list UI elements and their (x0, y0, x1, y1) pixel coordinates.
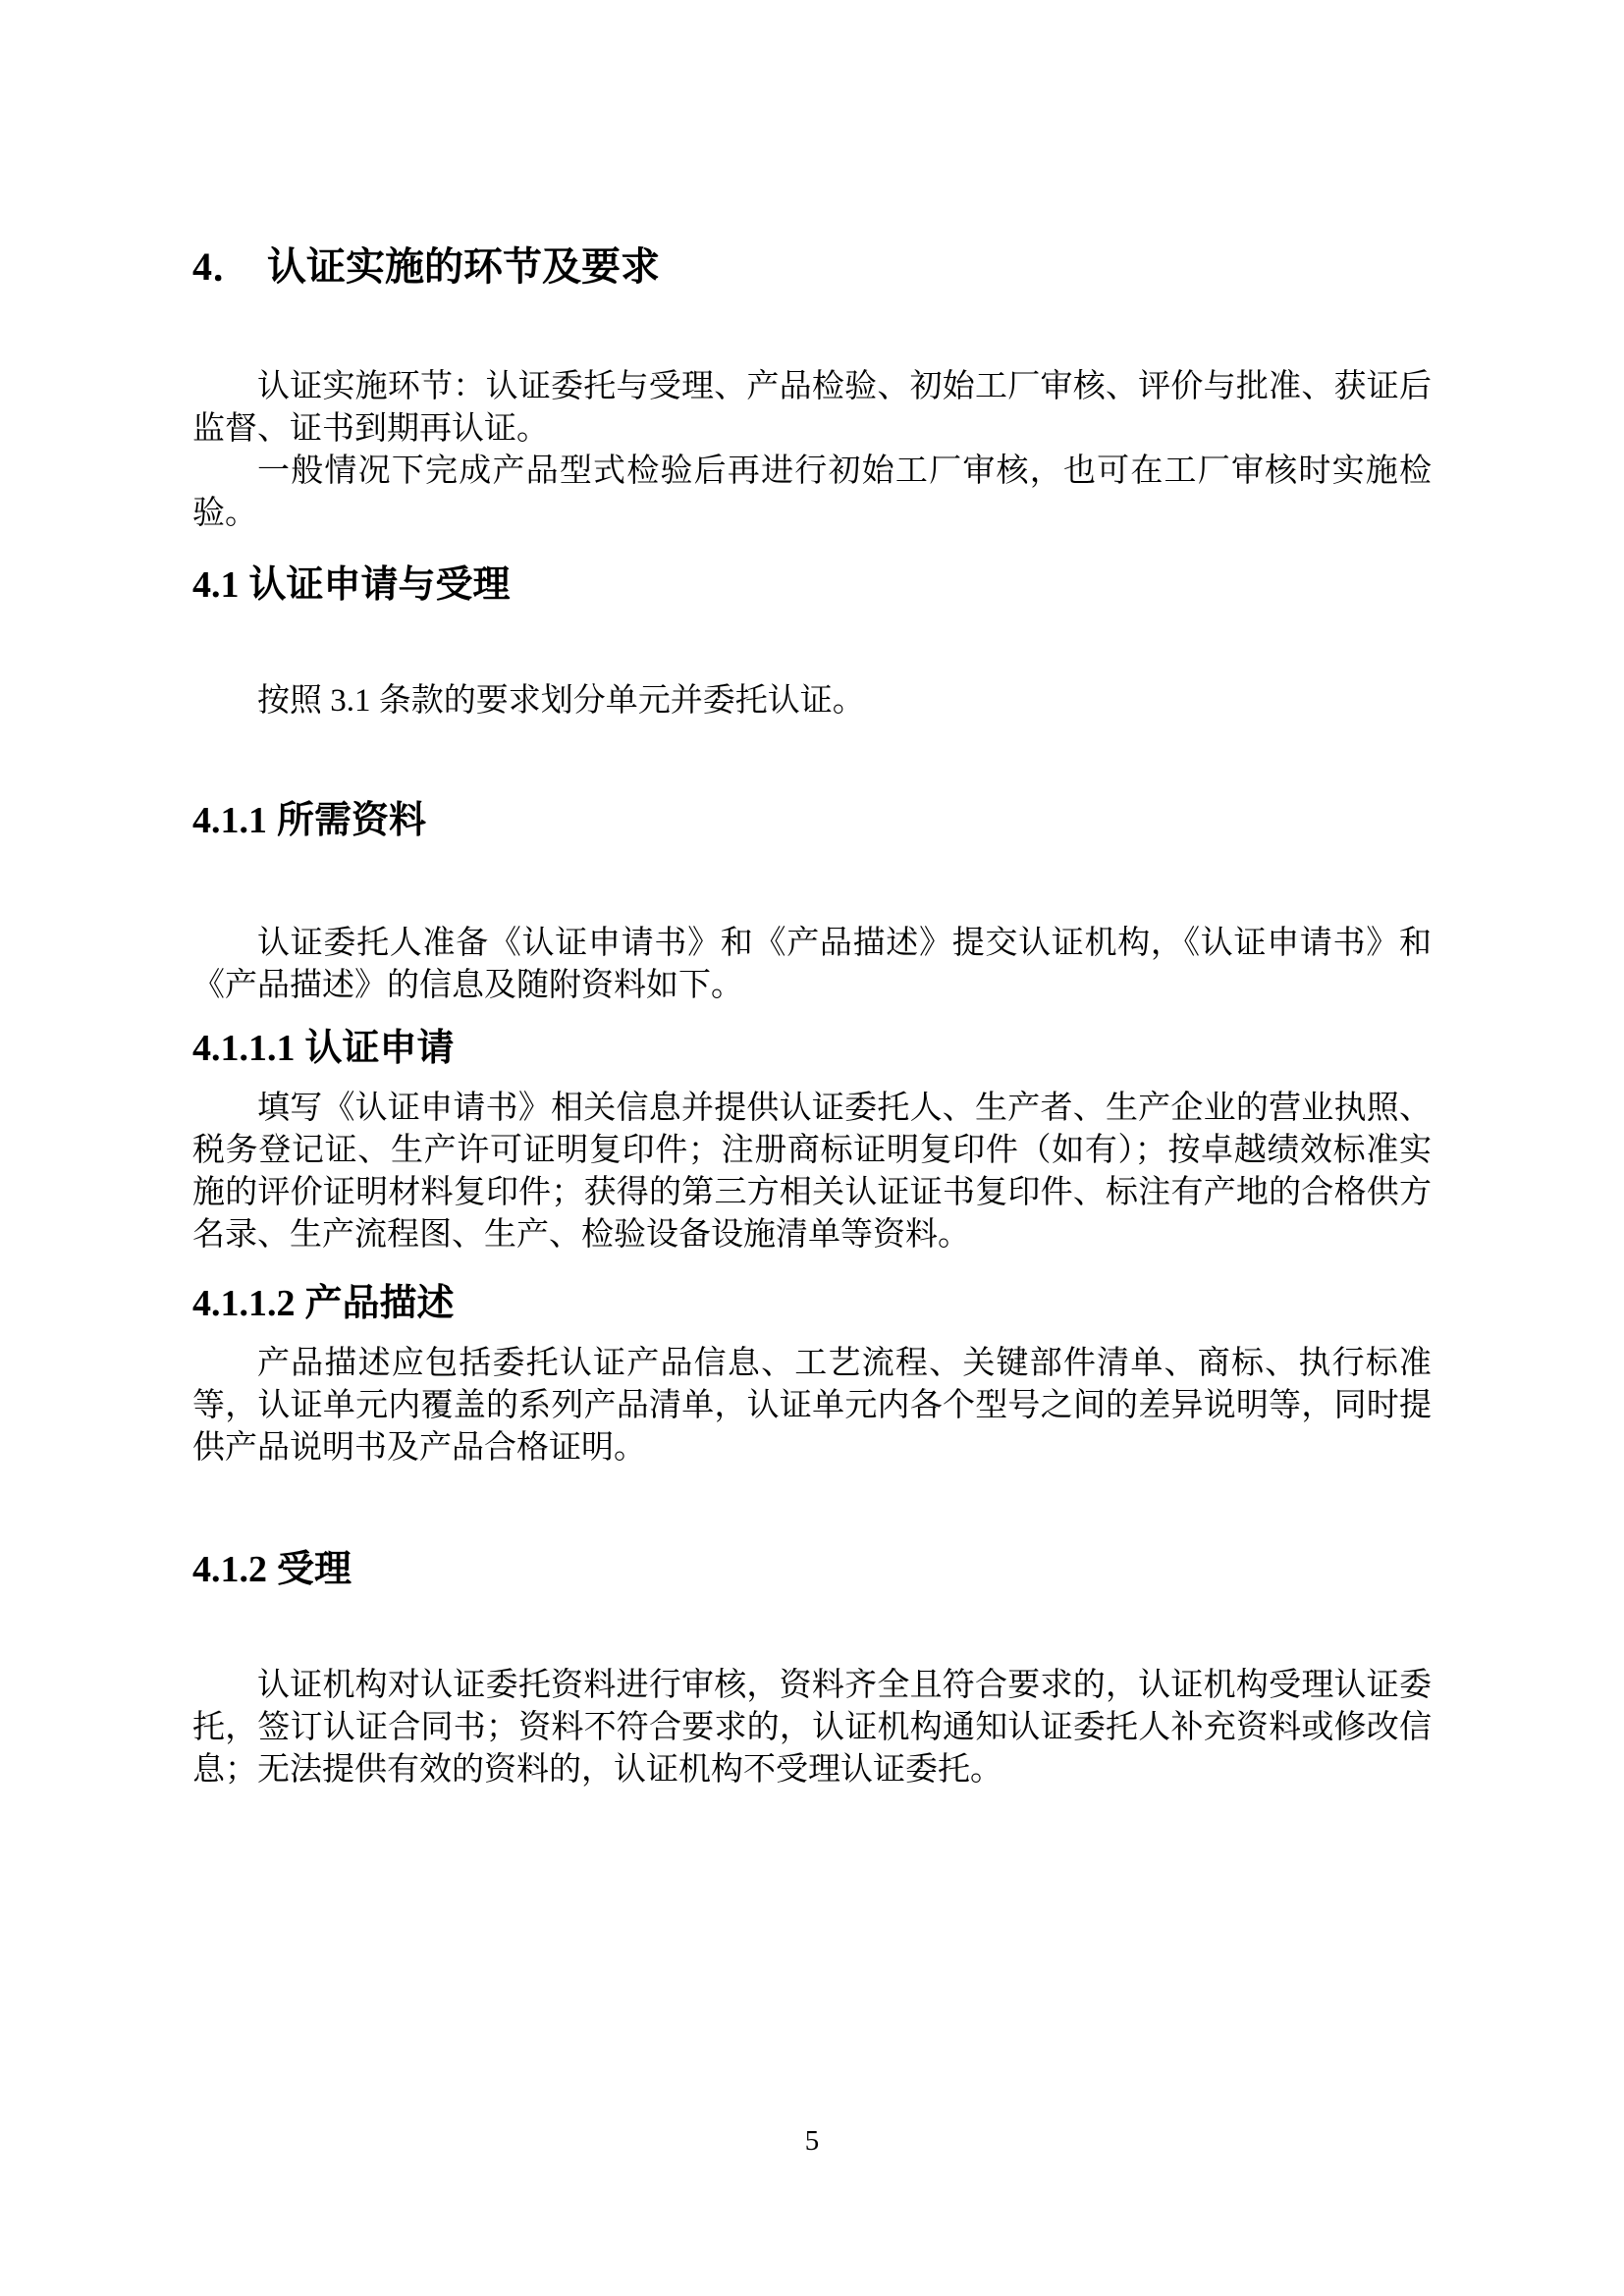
heading-title: 认证实施的环节及要求 (267, 244, 660, 289)
paragraph-product-description-detail: 产品描述应包括委托认证产品信息、工艺流程、关键部件清单、商标、执行标准等，认证单… (192, 1343, 1432, 1469)
paragraph-application-unit: 按照 3.1 条款的要求划分单元并委托认证。 (192, 680, 1432, 722)
heading-number: 4.1.2 (192, 1549, 267, 1590)
paragraph-acceptance-detail: 认证机构对认证委托资料进行审核，资料齐全且符合要求的，认证机构受理认证委托，签订… (192, 1665, 1432, 1791)
section-heading-4-1: 4.1认证申请与受理 (192, 561, 1432, 609)
heading-number: 4． (192, 244, 251, 289)
section-heading-4-1-1: 4.1.1所需资料 (192, 797, 1432, 844)
heading-number: 4.1 (192, 564, 240, 606)
heading-title: 所需资料 (277, 800, 426, 841)
heading-number: 4.1.1.1 (192, 1028, 296, 1069)
section-heading-4: 4．认证实施的环节及要求 (192, 242, 1432, 292)
section-heading-4-1-1-1: 4.1.1.1认证申请 (192, 1025, 1432, 1072)
section-heading-4-1-1-2: 4.1.1.2产品描述 (192, 1280, 1432, 1327)
page-number: 5 (0, 2123, 1624, 2159)
paragraph-cert-process-note: 一般情况下完成产品型式检验后再进行初始工厂审核，也可在工厂审核时实施检验。 (192, 451, 1432, 535)
heading-number: 4.1.1 (192, 800, 267, 841)
paragraph-cert-application-detail: 填写《认证申请书》相关信息并提供认证委托人、生产者、生产企业的营业执照、税务登记… (192, 1088, 1432, 1256)
heading-number: 4.1.1.2 (192, 1283, 296, 1324)
paragraph-cert-process-steps: 认证实施环节：认证委托与受理、产品检验、初始工厂审核、评价与批准、获证后监督、证… (192, 366, 1432, 451)
heading-title: 认证申请 (305, 1028, 455, 1069)
heading-title: 受理 (277, 1549, 352, 1590)
section-heading-4-1-2: 4.1.2受理 (192, 1546, 1432, 1593)
document-page: 4．认证实施的环节及要求 认证实施环节：认证委托与受理、产品检验、初始工厂审核、… (0, 0, 1624, 2296)
heading-title: 产品描述 (305, 1283, 455, 1324)
paragraph-required-materials: 认证委托人准备《认证申请书》和《产品描述》提交认证机构，《认证申请书》和《产品描… (192, 923, 1432, 1007)
heading-title: 认证申请与受理 (249, 564, 511, 606)
